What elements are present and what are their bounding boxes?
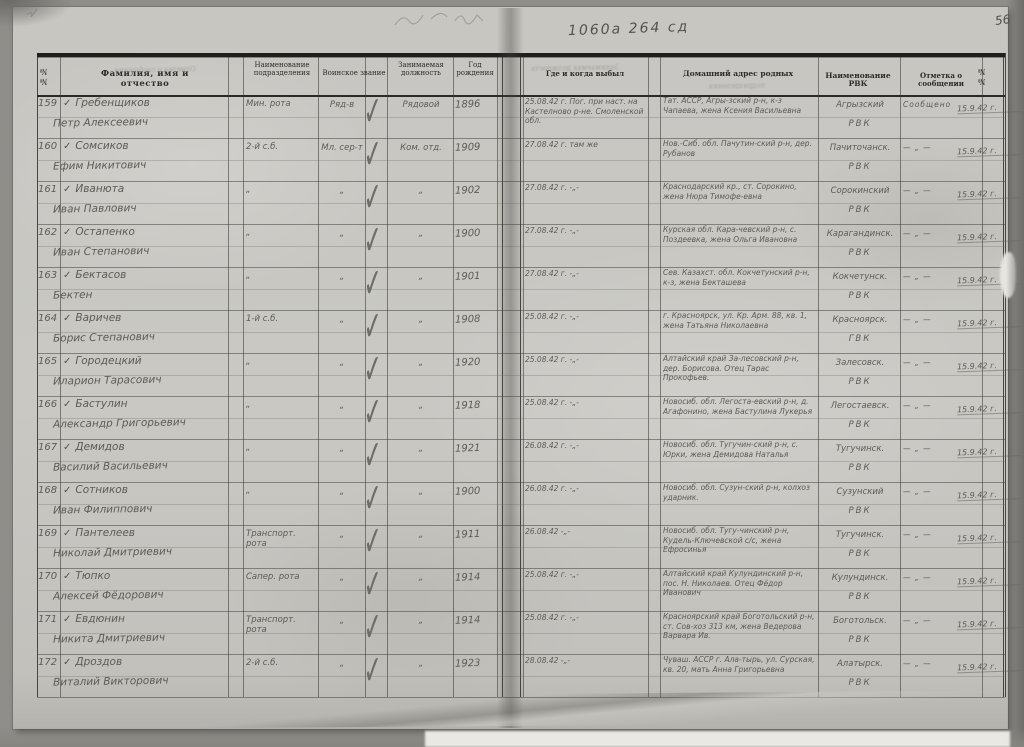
duty-cell: „ (391, 186, 451, 196)
soldier-patronymic: Александр Григорьевич (53, 415, 233, 430)
rvk-cell-line2: РВК (821, 291, 899, 301)
row-number: 161 (38, 184, 59, 195)
column-header-address: Домашний адрес родных (668, 70, 808, 78)
address-cell: Сев. Казахст. обл. Кокчетунский р-н, к-з… (663, 268, 815, 287)
duty-cell: „ (391, 487, 451, 497)
column-header-notification: Отметка о сообщении (902, 72, 980, 88)
soldier-patronymic: Николай Дмитриевич (53, 544, 233, 559)
soldier-patronymic: Иван Павлович (53, 200, 233, 215)
soldier-name: ✓Дроздов (63, 656, 233, 668)
name-check-icon: ✓ (63, 184, 71, 195)
address-cell: Новосиб. обл. Сузун-ский р-н, колхоз уда… (663, 483, 815, 502)
rvk-cell-line2: РВК (821, 635, 899, 645)
row-number: 160 (38, 141, 59, 152)
notification-cell: — „ — (903, 487, 961, 496)
address-cell: г. Красноярск, ул. Кр. Арм. 88, кв. 1, ж… (663, 311, 815, 330)
birth-year-cell: 1901 (455, 270, 495, 282)
rank-cell: „ (321, 573, 363, 583)
unit-cell: „ (246, 271, 316, 281)
rvk-cell-line2: РВК (821, 506, 899, 516)
notification-cell: — „ — (903, 143, 961, 152)
row-number: 171 (38, 614, 59, 625)
soldier-patronymic: Иларион Тарасович (53, 372, 233, 387)
name-check-icon: ✓ (63, 227, 71, 238)
column-header-index-right: №№ (978, 60, 987, 92)
rvk-cell: Сорокинский (821, 186, 899, 196)
notification-cell: — „ — (903, 659, 961, 668)
casualty-date-cell: 25.08.42 г. -„- (525, 398, 645, 408)
casualty-date-cell: 26.08.42 г. -„- (525, 441, 645, 451)
soldier-name: ✓Иванюта (63, 183, 233, 195)
casualty-date-cell: 25.08.42 г. -„- (525, 312, 645, 322)
row-number: 170 (38, 571, 59, 582)
casualty-date-cell: 26.08.42 г. -„- (525, 484, 645, 494)
rank-cell: Ряд-в (321, 100, 363, 110)
soldier-name: ✓Евдюнин (63, 613, 233, 625)
rvk-cell-line2: РВК (821, 420, 899, 430)
notification-date: 15.9.42 г. (957, 360, 1024, 373)
rvk-cell: Кулундинск. (821, 573, 899, 583)
notification-cell: — „ — (903, 315, 961, 324)
rank-cell: „ (321, 315, 363, 325)
soldier-patronymic: Виталий Викторович (53, 673, 233, 688)
birth-year-cell: 1914 (455, 571, 495, 583)
unit-cell: „ (246, 228, 316, 238)
scan-corner-shadow (0, 0, 70, 26)
check-mark-icon: ✓ (363, 346, 385, 394)
unit-cell: „ (246, 443, 316, 453)
address-cell: Новосиб. обл. Легоста-евский р-н, д. Ага… (663, 397, 815, 416)
unit-cell: „ (246, 486, 316, 496)
soldier-patronymic: Борис Степанович (53, 329, 233, 344)
rank-cell: „ (321, 659, 363, 669)
rvk-cell: Пачиточанск. (821, 143, 899, 153)
check-mark-icon: ✓ (363, 475, 385, 523)
rank-cell: „ (321, 272, 363, 282)
rvk-cell-line2: РВК (821, 162, 899, 172)
row-number: 162 (38, 227, 59, 238)
scan-background-strip (425, 731, 1010, 747)
name-check-icon: ✓ (63, 442, 71, 453)
check-mark-icon: ✓ (363, 303, 385, 351)
rvk-cell: Кокчетунск. (821, 272, 899, 282)
check-mark-icon: ✓ (363, 518, 385, 566)
notification-cell: — „ — (903, 530, 961, 539)
page-fold-shadow (497, 8, 525, 728)
soldier-patronymic: Петр Алексеевич (53, 114, 233, 129)
row-number: 159 (38, 98, 59, 109)
soldier-name: ✓Демидов (63, 441, 233, 453)
casualty-date-cell: 25.08.42 г. Пог. при наст. на Кастелново… (525, 97, 645, 126)
unit-cell: 2-й с.б. (246, 658, 316, 668)
unit-cell: 2-й с.б. (246, 142, 316, 152)
birth-year-cell: 1914 (455, 614, 495, 626)
name-check-icon: ✓ (63, 141, 71, 152)
duty-cell: „ (391, 272, 451, 282)
address-cell: Новосиб. обл. Тугу-чинский р-н, Кудель-К… (663, 526, 815, 555)
address-cell: Краснодарский кр., ст. Сорокино, жена Ню… (663, 182, 815, 201)
duty-cell: „ (391, 229, 451, 239)
birth-year-cell: 1896 (455, 98, 495, 110)
check-mark-icon: ✓ (363, 217, 385, 265)
birth-year-cell: 1902 (455, 184, 495, 196)
soldier-name: ✓Сотников (63, 484, 233, 496)
casualty-date-cell: 26.08.42 -„- (525, 527, 645, 537)
soldier-patronymic: Василий Васильевич (53, 458, 233, 473)
row-number: 164 (38, 313, 59, 324)
birth-year-cell: 1920 (455, 356, 495, 368)
soldier-name: ✓Тюпко (63, 570, 233, 582)
soldier-name: ✓Гребенщиков (63, 97, 233, 109)
duty-cell: Рядовой (391, 100, 451, 110)
notification-date: 15.9.42 г. (957, 532, 1024, 545)
address-cell: Новосиб. обл. Тугучин-ский р-н, с. Юрки,… (663, 440, 815, 459)
rank-cell: „ (321, 401, 363, 411)
rank-cell: „ (321, 186, 363, 196)
notification-date: 15.9.42 г. (957, 661, 1024, 674)
birth-year-cell: 1921 (455, 442, 495, 454)
rvk-cell: Тугучинск. (821, 444, 899, 454)
notification-date: 15.9.42 г. (957, 618, 1024, 631)
rvk-cell-line2: РВК (821, 463, 899, 473)
rvk-cell-line2: РВК (821, 592, 899, 602)
rank-cell: Мл. сер-т (321, 143, 363, 153)
duty-cell: „ (391, 573, 451, 583)
row-number: 169 (38, 528, 59, 539)
notification-cell: — „ — (903, 573, 961, 582)
rank-cell: „ (321, 444, 363, 454)
duty-cell: „ (391, 444, 451, 454)
rank-cell: „ (321, 616, 363, 626)
rvk-cell-line2: РВК (821, 248, 899, 258)
check-mark-icon: ✓ (363, 432, 385, 480)
casualty-date-cell: 25.08.42 г. -„- (525, 355, 645, 365)
soldier-name: ✓Бастулин (63, 398, 233, 410)
rank-cell: „ (321, 487, 363, 497)
casualty-date-cell: 25.08.42 г. -„- (525, 570, 645, 580)
notification-cell: — „ — (903, 616, 961, 625)
unit-cell: „ (246, 400, 316, 410)
casualty-date-cell: 28.08.42 -„- (525, 656, 645, 666)
name-check-icon: ✓ (63, 313, 71, 324)
check-mark-icon: ✓ (363, 260, 385, 308)
rank-cell: „ (321, 530, 363, 540)
birth-year-cell: 1909 (455, 141, 495, 153)
name-check-icon: ✓ (63, 614, 71, 625)
notification-date: 15.9.42 г. (957, 317, 1024, 330)
casualty-date-cell: 27.08.42 г. там же (525, 140, 645, 150)
address-cell: Тат. АССР, Агры-зский р-н, к-з Чапаева, … (663, 96, 815, 115)
birth-year-cell: 1911 (455, 528, 495, 540)
column-header-rank: Воинское звание (318, 70, 390, 78)
soldier-patronymic: Алексей Фёдорович (53, 587, 233, 602)
name-check-icon: ✓ (63, 657, 71, 668)
soldier-name: ✓Остапенко (63, 226, 233, 238)
name-check-icon: ✓ (63, 528, 71, 539)
name-check-icon: ✓ (63, 270, 71, 281)
column-header-duty: Занимаемая должность (392, 62, 450, 78)
notification-cell: — „ — (903, 358, 961, 367)
soldier-patronymic: Бектен (53, 286, 233, 301)
row-number: 168 (38, 485, 59, 496)
address-cell: Нов.-Сиб. обл. Пачутин-ский р-н, дер. Ру… (663, 139, 815, 158)
address-cell: Курская обл. Кара-чевский р-н, с. Поздее… (663, 225, 815, 244)
check-mark-icon: ✓ (363, 561, 385, 609)
soldier-patronymic: Ефим Никитович (53, 157, 233, 172)
birth-year-cell: 1918 (455, 399, 495, 411)
rank-cell: „ (321, 358, 363, 368)
scanned-page: 1060а 264 сд 56 159 ✓Гребенщиков Петр Ал… (0, 0, 1024, 747)
check-mark-icon: ✓ (363, 174, 385, 222)
check-mark-icon: ✓ (363, 131, 385, 179)
rvk-cell: Боготольск. (821, 616, 899, 626)
unit-cell: „ (246, 357, 316, 367)
duty-cell: „ (391, 358, 451, 368)
rvk-cell: Алатырск. (821, 659, 899, 669)
unit-cell: Транспорт. рота (246, 529, 316, 549)
soldier-name: ✓Городецкий (63, 355, 233, 367)
notification-date: 15.9.42 г. (957, 489, 1024, 502)
rvk-cell: Тугучинск. (821, 530, 899, 540)
notification-date: 15.9.42 г. (957, 446, 1024, 459)
unit-cell: „ (246, 185, 316, 195)
duty-cell: „ (391, 315, 451, 325)
check-mark-icon: ✓ (363, 604, 385, 652)
rvk-cell: Агрызский (821, 100, 899, 110)
unit-cell: Сапер. рота (246, 572, 316, 582)
birth-year-cell: 1900 (455, 485, 495, 497)
unit-cell: Транспорт. рота (246, 615, 316, 635)
row-number: 172 (38, 657, 59, 668)
address-cell: Алтайский край Кулундинский р-н, пос. Н.… (663, 569, 815, 598)
notification-date: 15.9.42 г. (957, 102, 1024, 115)
page-number: 56 (994, 12, 1011, 28)
row-number: 163 (38, 270, 59, 281)
name-check-icon: ✓ (63, 98, 71, 109)
casualty-date-cell: 25.08.42 г. -„- (525, 613, 645, 623)
rvk-cell-line2: РВК (821, 678, 899, 688)
soldier-name: ✓Варичев (63, 312, 233, 324)
soldier-name: ✓Сомсиков (63, 140, 233, 152)
duty-cell: „ (391, 401, 451, 411)
notification-cell: Сообщено (903, 100, 961, 109)
birth-year-cell: 1923 (455, 657, 495, 669)
column-header-index: №№ (40, 62, 49, 90)
rvk-cell: Сузунский (821, 487, 899, 497)
name-check-icon: ✓ (63, 356, 71, 367)
notification-cell: — „ — (903, 444, 961, 453)
row-number: 165 (38, 356, 59, 367)
rvk-cell-line2: РВК (821, 205, 899, 215)
rvk-cell-line2: ГВК (821, 334, 899, 344)
column-header-birth-year: Год рождения (454, 62, 496, 78)
duty-cell: „ (391, 616, 451, 626)
address-cell: Красноярский край Боготольский р-н, ст. … (663, 612, 815, 641)
casualty-date-cell: 27.08.42 г. -„- (525, 183, 645, 193)
rvk-cell: Залесовск. (821, 358, 899, 368)
paper-tear (1000, 252, 1016, 298)
unit-cell: Мин. рота (246, 99, 316, 109)
rvk-cell: Красноярск. (821, 315, 899, 325)
name-check-icon: ✓ (63, 571, 71, 582)
duty-cell: „ (391, 659, 451, 669)
notification-date: 15.9.42 г. (957, 231, 1024, 244)
duty-cell: „ (391, 530, 451, 540)
notification-date: 15.9.42 г. (957, 188, 1024, 201)
row-number: 167 (38, 442, 59, 453)
name-check-icon: ✓ (63, 399, 71, 410)
rvk-cell-line2: РВК (821, 549, 899, 559)
column-header-rvk: Наименование РВК (818, 72, 898, 89)
soldier-name: ✓Пантелеев (63, 527, 233, 539)
birth-year-cell: 1908 (455, 313, 495, 325)
soldier-patronymic: Иван Филиппович (53, 501, 233, 516)
notification-cell: — „ — (903, 272, 961, 281)
notification-cell: — „ — (903, 229, 961, 238)
address-cell: Алтайский край За-лесовский р-н, дер. Бо… (663, 354, 815, 383)
address-cell: Чуваш. АССР г. Ала-тырь, ул. Сурская, кв… (663, 655, 815, 674)
rvk-cell-line2: РВК (821, 377, 899, 387)
casualty-date-cell: 27.08.42 г. -„- (525, 226, 645, 236)
rvk-cell: Легостаевск. (821, 401, 899, 411)
rvk-cell: Карагандинск. (821, 229, 899, 239)
birth-year-cell: 1900 (455, 227, 495, 239)
soldier-patronymic: Иван Степанович (53, 243, 233, 258)
check-mark-icon: ✓ (363, 389, 385, 437)
unit-cell: 1-й с.б. (246, 314, 316, 324)
check-mark-icon: ✓ (363, 647, 385, 695)
regiment-annotation: 1060а 264 сд (568, 19, 690, 39)
check-mark-icon: ✓ (363, 88, 385, 136)
casualty-date-cell: 27.08.42 г. -„- (525, 269, 645, 279)
duty-cell: Ком. отд. (391, 143, 451, 153)
rvk-cell-line2: РВК (821, 119, 899, 129)
soldier-patronymic: Никита Дмитриевич (53, 630, 233, 645)
notification-cell: — „ — (903, 186, 961, 195)
notification-date: 15.9.42 г. (957, 403, 1024, 416)
notification-date: 15.9.42 г. (957, 575, 1024, 588)
rank-cell: „ (321, 229, 363, 239)
notification-date: 15.9.42 г. (957, 145, 1024, 158)
notification-cell: — „ — (903, 401, 961, 410)
soldier-name: ✓Бектасов (63, 269, 233, 281)
name-check-icon: ✓ (63, 485, 71, 496)
row-number: 166 (38, 399, 59, 410)
column-header-unit: Наименование подразделения (248, 62, 316, 78)
